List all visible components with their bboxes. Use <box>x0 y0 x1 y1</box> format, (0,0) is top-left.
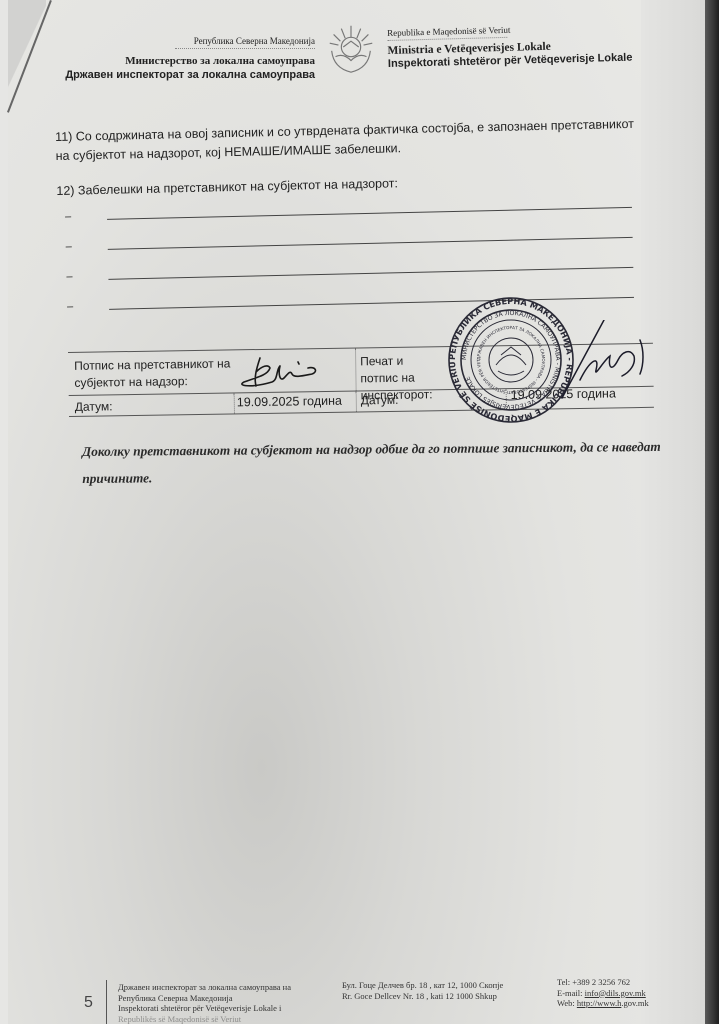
refusal-note: Доколку претставникот на субјектот на на… <box>82 433 662 492</box>
footer-address: Бул. Гоце Делчев бр. 18 , кат 12, 1000 С… <box>342 980 503 1001</box>
official-stamp-icon: РЕПУБЛИКА СЕВЕРНА МАКЕДОНИЈА - REPUBLIKA… <box>446 295 576 425</box>
footer-email-label: E-mail: <box>557 988 585 998</box>
footer-divider <box>106 980 107 1024</box>
rep-date-label: Датум: <box>75 398 113 416</box>
footer-org-line: Државен инспекторат за локална самоуправ… <box>118 982 291 993</box>
rep-date-value: 19.09.2025 година <box>237 393 342 412</box>
footer-phone: Tel: +389 2 3256 762 <box>557 977 649 988</box>
bullet-dash: – <box>66 241 72 253</box>
rep-signature-label: Потпис на претставникот на субјектот на … <box>74 355 245 392</box>
footer-org-line: Република Северна Македонија <box>118 993 291 1004</box>
header-rule <box>175 48 315 49</box>
footer-org-line: Republikës së Maqedonisë së Veriut <box>118 1014 291 1024</box>
footer-address-line: Rr. Goce Dellcev Nr. 18 , kati 12 1000 S… <box>342 991 503 1002</box>
coat-of-arms-icon <box>322 18 380 76</box>
background-surface <box>705 0 719 1024</box>
header-republic-mk: Република Северна Македонија <box>60 36 315 46</box>
column-divider <box>234 393 235 413</box>
inspector-signature-icon <box>560 320 650 400</box>
stamp-core-text: ДРЖАВЕН ИНСПЕКТОРАТ ЗА ЛОКАЛНА САМОУПРАВ… <box>446 295 546 395</box>
footer-contact: Tel: +389 2 3256 762 E-mail: info@dils.g… <box>557 977 649 1009</box>
column-divider <box>355 348 357 390</box>
header-right: Republika e Maqedonisë së Veriut Ministr… <box>387 22 633 70</box>
footer-web-suffix: .gov.mk <box>621 998 648 1008</box>
footer-web-label: Web: <box>557 998 577 1008</box>
header-left: Република Северна Македонија Министерств… <box>60 36 315 81</box>
header-ministry-mk: Министерство за локална самоуправа <box>60 55 315 67</box>
bullet-dash: – <box>65 211 71 223</box>
bullet-dash: – <box>66 271 72 283</box>
footer-web-link[interactable]: http://www.h <box>577 998 622 1008</box>
svg-text:ДРЖАВЕН ИНСПЕКТОРАТ ЗА ЛОКАЛНА: ДРЖАВЕН ИНСПЕКТОРАТ ЗА ЛОКАЛНА САМОУПРАВ… <box>446 295 546 395</box>
under-sheet-edge <box>640 0 706 1024</box>
page-fold <box>7 0 52 113</box>
footer-org-line: Inspektorati shtetëror për Vetëqeverisje… <box>118 1003 291 1014</box>
footer-address-line: Бул. Гоце Делчев бр. 18 , кат 12, 1000 С… <box>342 980 503 991</box>
page-number: 5 <box>84 994 93 1012</box>
column-divider <box>356 391 357 411</box>
inspector-date-label: Датум: <box>361 392 399 410</box>
header-inspectorate-mk: Државен инспекторат за локална самоуправ… <box>60 69 315 81</box>
footer-email-link[interactable]: info@dils.gov.mk <box>585 988 646 998</box>
record-body: 11) Со содржината на овој записник и со … <box>55 115 649 318</box>
representative-signature-icon <box>232 352 322 392</box>
bullet-dash: – <box>67 301 73 313</box>
footer-organization: Државен инспекторат за локална самоуправ… <box>118 982 291 1024</box>
